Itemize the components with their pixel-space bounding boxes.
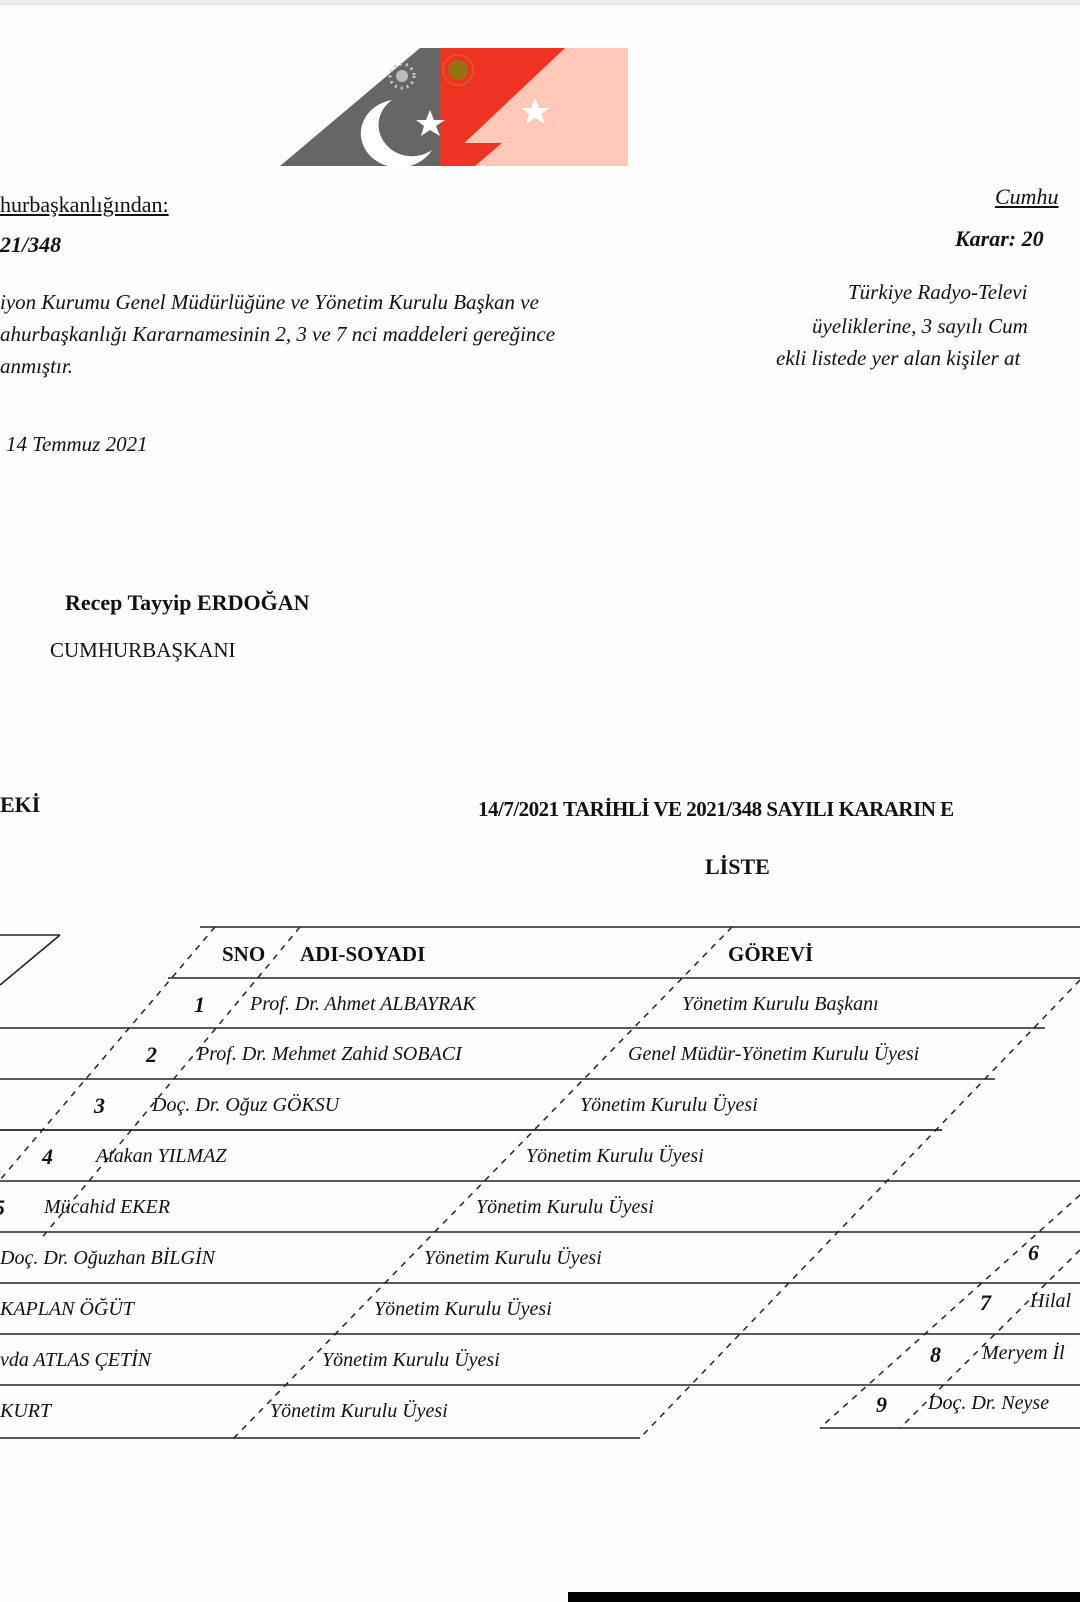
row-9-role: Yönetim Kurulu Üyesi [270,1400,448,1423]
row-4-role: Yönetim Kurulu Üyesi [526,1145,704,1168]
right-row-7-name: Hilal [1030,1290,1071,1313]
scan-bottom-edge [568,1592,1080,1602]
row-2-name: Prof. Dr. Mehmet Zahid SOBACI [197,1043,462,1066]
right-row-9-sno: 9 [876,1392,887,1418]
right-body-line-1: Türkiye Radyo-Televi [848,280,1027,305]
right-body-line-3: ekli listede yer alan kişiler at [776,346,1020,371]
row-1-sno: 1 [194,992,205,1018]
presidential-emblem-icon [280,48,628,170]
row-9-name: KURT [0,1400,51,1423]
row-6-name: Doç. Dr. Oğuzhan BİLGİN [0,1247,215,1270]
right-row-8-sno: 8 [930,1342,941,1368]
row-4-sno: 4 [42,1144,53,1170]
scan-top-edge [0,0,1080,5]
row-2-sno: 2 [146,1042,157,1068]
row-7-name: KAPLAN ÖĞÜT [0,1298,134,1321]
column-header-sno: SNO [222,942,265,967]
row-8-name: vda ATLAS ÇETİN [0,1349,151,1372]
row-3-name: Doç. Dr. Oğuz GÖKSU [152,1094,339,1117]
body-line-1: iyon Kurumu Genel Müdürlüğüne ve Yönetim… [0,290,539,315]
row-2-role: Genel Müdür-Yönetim Kurulu Üyesi [628,1043,919,1066]
right-row-9-name: Doç. Dr. Neyse [928,1392,1049,1415]
list-title: 14/7/2021 TARİHLİ VE 2021/348 SAYILI KAR… [478,797,954,822]
row-3-role: Yönetim Kurulu Üyesi [580,1094,758,1117]
row-1-name: Prof. Dr. Ahmet ALBAYRAK [250,993,476,1016]
body-line-3: anmıştır. [0,354,73,379]
row-5-name: Mücahid EKER [44,1196,170,1219]
row-6-role: Yönetim Kurulu Üyesi [424,1247,602,1270]
right-decision-label: Karar: 20 [955,226,1044,252]
row-8-role: Yönetim Kurulu Üyesi [322,1349,500,1372]
row-1-role: Yönetim Kurulu Başkanı [682,993,879,1016]
row-7-role: Yönetim Kurulu Üyesi [374,1298,552,1321]
signatory-title: CUMHURBAŞKANI [50,638,236,663]
right-issuing-authority-heading: Cumhu [995,184,1059,210]
body-line-2: ahurbaşkanlığı Kararnamesinin 2, 3 ve 7 … [0,322,555,347]
signatory-name: Recep Tayyip ERDOĞAN [65,590,309,616]
right-row-7-sno: 7 [980,1290,991,1316]
annex-fragment: EKİ [0,792,40,818]
row-4-name: Atakan YILMAZ [96,1145,227,1168]
column-header-name: ADI-SOYADI [300,942,425,967]
list-subtitle: LİSTE [705,854,770,880]
row-5-role: Yönetim Kurulu Üyesi [476,1196,654,1219]
row-5-sno: 5 [0,1195,5,1221]
right-row-6-sno: 6 [1028,1240,1039,1266]
decision-date: 14 Temmuz 2021 [6,432,148,457]
row-3-sno: 3 [94,1093,105,1119]
decision-number: 21/348 [0,232,61,258]
right-row-8-name: Meryem İl [982,1342,1065,1365]
right-body-line-2: üyeliklerine, 3 sayılı Cum [812,314,1028,339]
issuing-authority-heading: hurbaşkanlığından: [0,192,169,218]
column-header-role: GÖREVİ [728,942,813,967]
